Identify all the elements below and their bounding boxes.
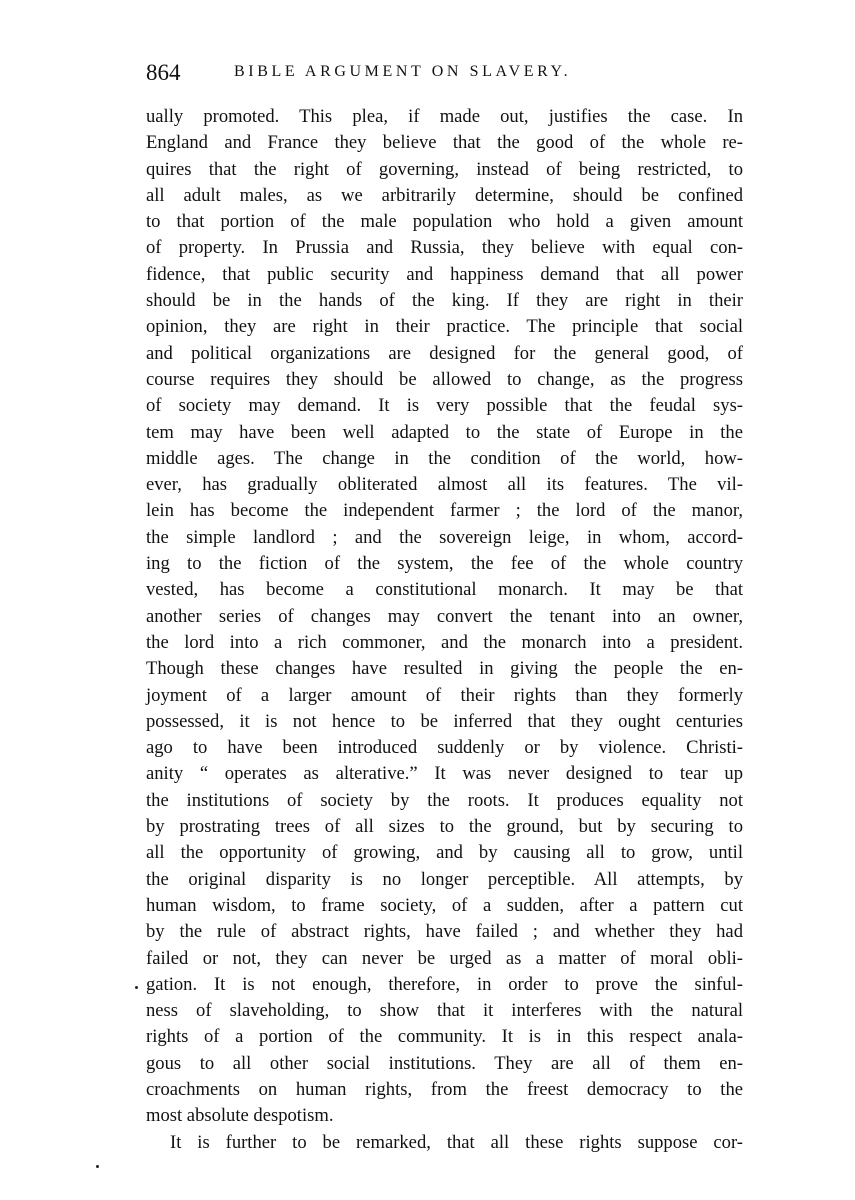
running-head: 864 BIBLE ARGUMENT ON SLAVERY. xyxy=(146,60,746,90)
text-line: of property. In Prussia and Russia, they… xyxy=(146,235,743,261)
text-line: ness of slaveholding, to show that it in… xyxy=(146,998,743,1024)
paragraph-start-line: It is further to be remarked, that all t… xyxy=(146,1130,743,1156)
text-line: Though these changes have resulted in gi… xyxy=(146,656,743,682)
text-line: rights of a portion of the community. It… xyxy=(146,1024,743,1050)
text-line: and political organizations are designed… xyxy=(146,341,743,367)
text-line: the lord into a rich commoner, and the m… xyxy=(146,630,743,656)
body-text: ually promoted. This plea, if made out, … xyxy=(146,104,743,1156)
print-speck xyxy=(96,1165,99,1168)
text-line: by prostrating trees of all sizes to the… xyxy=(146,814,743,840)
text-line: ever, has gradually obliterated almost a… xyxy=(146,472,743,498)
text-line: croachments on human rights, from the fr… xyxy=(146,1077,743,1103)
text-line: by the rule of abstract rights, have fai… xyxy=(146,919,743,945)
text-line: human wisdom, to frame society, of a sud… xyxy=(146,893,743,919)
text-line: lein has become the independent farmer ;… xyxy=(146,498,743,524)
text-line: fidence, that public security and happin… xyxy=(146,262,743,288)
running-title: BIBLE ARGUMENT ON SLAVERY. xyxy=(234,63,571,81)
text-line: England and France they believe that the… xyxy=(146,130,743,156)
text-line: the original disparity is no longer perc… xyxy=(146,867,743,893)
text-line: of society may demand. It is very possib… xyxy=(146,393,743,419)
text-line: gation. It is not enough, therefore, in … xyxy=(146,972,743,998)
paragraph-end-line: most absolute despotism. xyxy=(146,1103,743,1129)
text-line: joyment of a larger amount of their righ… xyxy=(146,683,743,709)
text-line: to that portion of the male population w… xyxy=(146,209,743,235)
text-line: middle ages. The change in the condition… xyxy=(146,446,743,472)
page-number: 864 xyxy=(146,60,181,86)
text-line: opinion, they are right in their practic… xyxy=(146,314,743,340)
text-line: all the opportunity of growing, and by c… xyxy=(146,840,743,866)
text-line: vested, has become a constitutional mona… xyxy=(146,577,743,603)
text-line: the simple landlord ; and the sovereign … xyxy=(146,525,743,551)
text-line: another series of changes may convert th… xyxy=(146,604,743,630)
text-line: should be in the hands of the king. If t… xyxy=(146,288,743,314)
text-line: failed or not, they can never be urged a… xyxy=(146,946,743,972)
text-line: ing to the fiction of the system, the fe… xyxy=(146,551,743,577)
text-line: course requires they should be allowed t… xyxy=(146,367,743,393)
text-line: the institutions of society by the roots… xyxy=(146,788,743,814)
text-line: quires that the right of governing, inst… xyxy=(146,157,743,183)
text-line: ually promoted. This plea, if made out, … xyxy=(146,104,743,130)
text-line: possessed, it is not hence to be inferre… xyxy=(146,709,743,735)
text-line: all adult males, as we arbitrarily deter… xyxy=(146,183,743,209)
text-line: anity “ operates as alterative.” It was … xyxy=(146,761,743,787)
text-line: ago to have been introduced suddenly or … xyxy=(146,735,743,761)
text-line: gous to all other social institutions. T… xyxy=(146,1051,743,1077)
book-page: 864 BIBLE ARGUMENT ON SLAVERY. ually pro… xyxy=(0,0,855,1200)
text-line: tem may have been well adapted to the st… xyxy=(146,420,743,446)
print-speck xyxy=(135,986,138,989)
